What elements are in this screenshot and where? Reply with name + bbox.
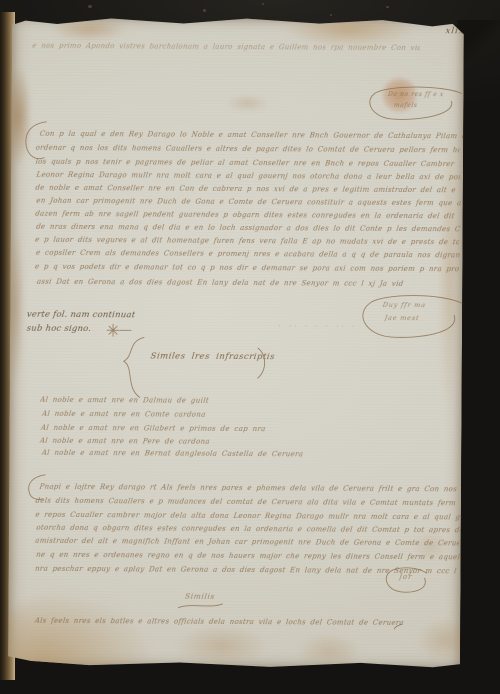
text-line: nra peschar eppuy e aplay Dat en Gerona …: [35, 565, 460, 576]
address-line: Al noble e amat nre en Dalmau de guilt: [40, 396, 210, 405]
text-line: de noble e amat Conseller nre en Con de …: [35, 184, 460, 195]
annotation-line: De no res ff e x: [387, 91, 444, 98]
margin-note-line: sub hoc signo.: [26, 324, 92, 334]
text-line: dels dits homens Cauallers e p mudances …: [35, 497, 460, 508]
text-line: Pnapi e lojtre Rey darago rt Als feels n…: [39, 483, 464, 494]
text-line: assi Dat en Gerona a dos dies dagost En …: [36, 278, 404, 288]
margin-note-line: verte fol. nam continuat: [26, 310, 136, 321]
text-line: otorcha dona q obgarn dites estes conreg…: [36, 524, 461, 535]
similis-label: Similis: [184, 592, 215, 601]
header-text-line: e nos primo Apondo vistres barchalonam a…: [32, 42, 421, 52]
dust-speck: [262, 3, 264, 5]
text-line: e repos Caualler cambrer major dela alta…: [35, 511, 460, 522]
underline-flourish-icon: [176, 602, 224, 610]
manuscript-page: xlix e nos primo Apondo vistres barchalo…: [8, 15, 464, 670]
annotation-line: Jae mest: [384, 314, 420, 322]
photograph-of-manuscript: { "document": { "folio_number": "xlix", …: [0, 0, 500, 694]
address-line: Al noble e amat nre en Gilabert e primos…: [40, 424, 266, 433]
text-line: en Johan car primogenit nre Duch de Gona…: [36, 197, 461, 208]
text-line: dazen ferm ab nre sagell pendent guarend…: [35, 210, 460, 221]
text-line: Con p la qual e den Rey Darago lo Noble …: [39, 130, 464, 141]
dust-speck: [203, 9, 206, 12]
annotation-line: Duy ffr ma: [382, 301, 426, 309]
address-line: Al noble e amat nre en Comte cardona: [42, 410, 207, 419]
address-line: Al noble e amat nre en Pere de cardona: [39, 437, 210, 446]
annotation-line: mafels: [393, 102, 418, 109]
text-line: amistrador del alt e magnifich Inffant e…: [35, 537, 460, 548]
text-line: Leonor Regina Darago mullr nra molt cara…: [36, 171, 461, 182]
footer-text-line: Als feels nres els batles e altres offic…: [34, 617, 404, 627]
text-line: e copsller Crem als demandes Consellers …: [36, 249, 461, 260]
stain: [282, 12, 417, 47]
address-line: Al noble e amat nre en Bernat danglesola…: [41, 449, 303, 459]
text-line: los quals p nos tenir e pagrames de peli…: [35, 158, 460, 169]
stain: [174, 624, 270, 669]
text-line: ordenar q nos los dits homens Cauallers …: [35, 144, 460, 155]
text-line: de nras diners ena mana q del dia e en l…: [36, 223, 461, 234]
dots-row: · ·· · · · ·· ·: [278, 322, 357, 330]
dust-speck: [330, 14, 332, 16]
text-line: e p lauor dits vegures e al dit homenatg…: [35, 236, 460, 247]
section-heading: Similes lres infrascriptis: [150, 351, 276, 362]
paraph-mark: Jor: [399, 573, 413, 581]
opening-flourish-icon: [22, 119, 48, 163]
stain: [225, 94, 269, 112]
heading-open-brace-icon: [118, 335, 148, 401]
stain: [50, 17, 128, 41]
star-signum-icon: [106, 323, 132, 337]
text-line: ne q en nres e ordenanes regno en q de n…: [36, 551, 461, 562]
text-line: e p q vos podets dir e demanar tot co q …: [34, 263, 459, 274]
dust-speck: [386, 6, 389, 8]
dust-speck: [88, 5, 92, 8]
